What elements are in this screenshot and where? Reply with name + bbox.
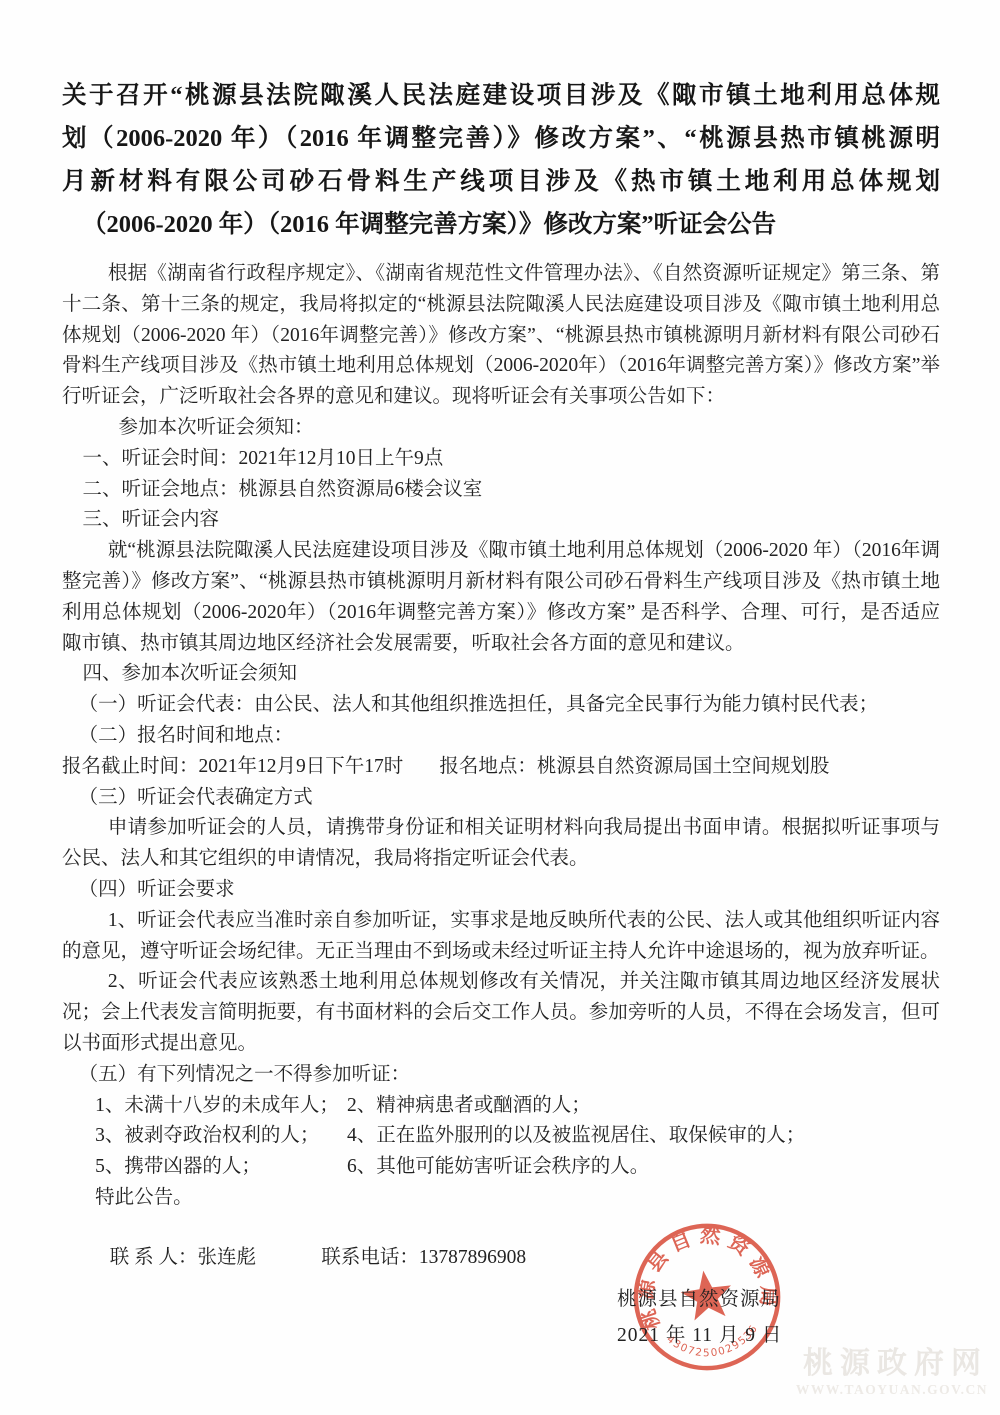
title-line-2: 划（2006-2020 年）（2016 年调整完善）》修改方案”、“桃源县热市镇…	[62, 117, 940, 160]
watermark-site-name: 桃源政府网	[796, 1347, 988, 1381]
announcement-body: 根据《湖南省行政程序规定》、《湖南省规范性文件管理办法》、《自然资源听证规定》第…	[62, 259, 940, 1214]
signup-detail-row: 报名截止时间：2021年12月9日下午17时 报名地点：桃源县自然资源局国土空间…	[62, 752, 940, 783]
contact-person-name: 张连彪	[198, 1247, 257, 1268]
title-line-1: 关于召开“桃源县法院陬溪人民法庭建设项目涉及《陬市镇土地利用总体规	[62, 74, 940, 117]
forbidden-row-1: 1、未满十八岁的未成年人； 2、精神病患者或酗酒的人；	[62, 1091, 940, 1122]
announcement-page: 关于召开“桃源县法院陬溪人民法庭建设项目涉及《陬市镇土地利用总体规 划（2006…	[0, 0, 1000, 1415]
contact-phone-label: 联系电话：	[321, 1247, 419, 1268]
title-line-4: （2006-2020 年）（2016 年调整完善方案）》修改方案”听证会公告	[62, 203, 940, 246]
watermark-site-url: WWW.TAOYUAN.GOV.CN	[796, 1381, 988, 1399]
content-paragraph: 就“桃源县法院陬溪人民法庭建设项目涉及《陬市镇土地利用总体规划（2006-202…	[62, 536, 940, 659]
forbidden-item-5: 5、携带凶器的人；	[95, 1152, 342, 1183]
requirement-2: 2、听证会代表应该熟悉土地利用总体规划修改有关情况，并关注陬市镇其周边地区经济发…	[62, 967, 940, 1059]
forbidden-item-3: 3、被剥夺政治权利的人；	[95, 1121, 342, 1152]
forbidden-item-6: 6、其他可能妨害听证会秩序的人。	[347, 1156, 649, 1177]
closing-line: 特此公告。	[62, 1183, 940, 1214]
title-line-3: 月新材料有限公司砂石骨料生产线项目涉及《热市镇土地利用总体规划	[62, 160, 940, 203]
notice-heading: 参加本次听证会须知：	[62, 413, 940, 444]
site-watermark: 桃源政府网 WWW.TAOYUAN.GOV.CN	[796, 1347, 988, 1399]
item-hearing-place: 二、听证会地点：桃源县自然资源局6楼会议室	[62, 475, 940, 506]
sub-item-signup: （二）报名时间和地点：	[62, 721, 940, 752]
item-hearing-content: 三、听证会内容	[62, 505, 940, 536]
signup-deadline: 报名截止时间：2021年12月9日下午17时	[62, 756, 403, 777]
page-title: 关于召开“桃源县法院陬溪人民法庭建设项目涉及《陬市镇土地利用总体规 划（2006…	[62, 74, 940, 246]
sub-item-method: （三）听证会代表确定方式	[62, 783, 940, 814]
forbidden-item-4: 4、正在监外服刑的以及被监视居住、取保候审的人；	[347, 1125, 805, 1146]
contact-row: 联 系 人：张连彪 联系电话：13787896908	[62, 1242, 940, 1273]
signature-date: 2021 年 11 月 9 日	[617, 1319, 782, 1347]
forbidden-item-2: 2、精神病患者或酗酒的人；	[347, 1095, 591, 1116]
item-hearing-time: 一、听证会时间：2021年12月10日上午9点	[62, 444, 940, 475]
sub-item-representatives: （一）听证会代表：由公民、法人和其他组织推选担任，具备完全民事行为能力镇村民代表…	[62, 690, 940, 721]
item-join-notes: 四、参加本次听证会须知	[62, 659, 940, 690]
signup-location: 报名地点：桃源县自然资源局国土空间规划股	[439, 756, 829, 777]
contact-phone-number: 13787896908	[419, 1247, 526, 1268]
signature-org: 桃源县自然资源局	[617, 1283, 781, 1311]
contact-person-label: 联 系 人：	[110, 1247, 198, 1268]
forbidden-row-2: 3、被剥夺政治权利的人； 4、正在监外服刑的以及被监视居住、取保候审的人；	[62, 1121, 940, 1152]
forbidden-item-1: 1、未满十八岁的未成年人；	[95, 1091, 342, 1122]
apply-paragraph: 申请参加听证会的人员，请携带身份证和相关证明材料向我局提出书面申请。根据拟听证事…	[62, 813, 940, 875]
sub-item-forbidden: （五）有下列情况之一不得参加听证：	[62, 1060, 940, 1091]
intro-paragraph: 根据《湖南省行政程序规定》、《湖南省规范性文件管理办法》、《自然资源听证规定》第…	[62, 259, 940, 413]
requirement-1: 1、听证会代表应当准时亲自参加听证，实事求是地反映所代表的公民、法人或其他组织听…	[62, 906, 940, 968]
forbidden-row-3: 5、携带凶器的人； 6、其他可能妨害听证会秩序的人。	[62, 1152, 940, 1183]
sub-item-requirements: （四）听证会要求	[62, 875, 940, 906]
